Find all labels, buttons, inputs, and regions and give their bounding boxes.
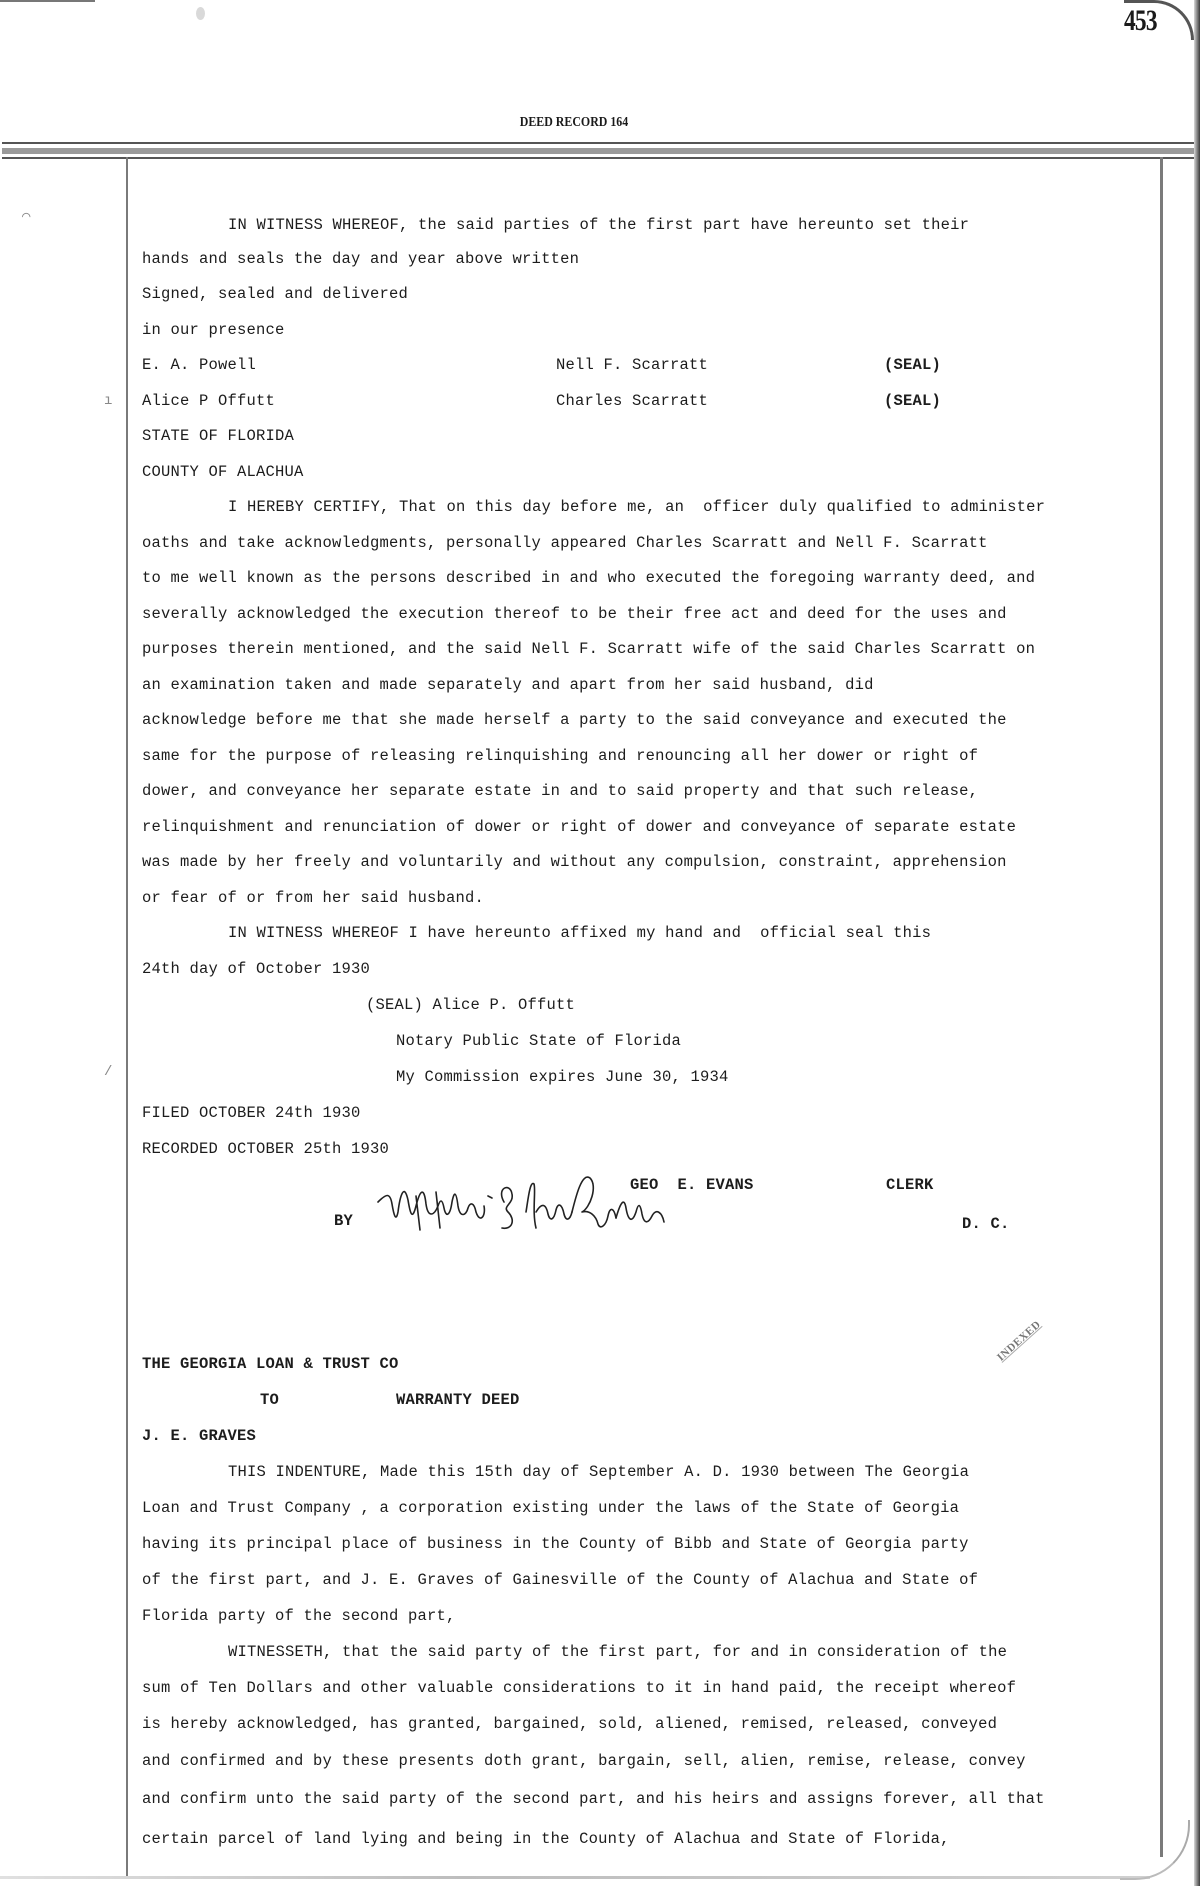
certificate-line: same for the purpose of releasing relinq… xyxy=(142,747,978,765)
certificate-line: an examination taken and made separately… xyxy=(142,676,874,694)
header-rule-top xyxy=(2,142,1194,144)
notary-title: Notary Public State of Florida xyxy=(396,1032,681,1050)
deputy-clerk-label: D. C. xyxy=(962,1215,1010,1233)
certificate-line: or fear of or from her said husband. xyxy=(142,889,484,907)
certificate-line: severally acknowledged the execution the… xyxy=(142,605,1007,623)
page-edge-mark xyxy=(0,0,95,2)
grantor-name: Nell F. Scarratt xyxy=(556,356,708,374)
witnesseth-line: WITNESSETH, that the said party of the f… xyxy=(228,1643,1007,1661)
indexed-stamp: INDEXED xyxy=(995,1318,1043,1363)
indenture-line: of the first part, and J. E. Graves of G… xyxy=(142,1571,978,1589)
margin-mark: ı xyxy=(104,393,112,409)
certificate-line: oaths and take acknowledgments, personal… xyxy=(142,534,988,552)
indenture-line: having its principal place of business i… xyxy=(142,1535,969,1553)
state-heading: STATE OF FLORIDA xyxy=(142,427,294,445)
notary-seal-name: (SEAL) Alice P. Offutt xyxy=(366,996,575,1014)
notary-date-line: 24th day of October 1930 xyxy=(142,960,370,978)
witnesseth-line: sum of Ten Dollars and other valuable co… xyxy=(142,1679,1016,1697)
header-rule-thick xyxy=(2,148,1194,154)
witnesseth-line: is hereby acknowledged, has granted, bar… xyxy=(142,1715,997,1733)
witness-name: E. A. Powell xyxy=(142,356,256,374)
seal-label: (SEAL) xyxy=(884,356,941,374)
witness-intro-line: hands and seals the day and year above w… xyxy=(142,250,579,268)
page-edge-shadow xyxy=(1194,0,1200,1886)
left-margin-line xyxy=(126,157,128,1879)
certificate-line: acknowledge before me that she made hers… xyxy=(142,711,1007,729)
certificate-line: I HEREBY CERTIFY, That on this day befor… xyxy=(228,498,1045,516)
witness-intro-line: IN WITNESS WHEREOF, the said parties of … xyxy=(228,216,969,234)
punch-hole-mark xyxy=(196,7,205,20)
to-label: TO xyxy=(260,1391,279,1409)
grantor-heading: THE GEORGIA LOAN & TRUST CO xyxy=(142,1355,399,1373)
page-number: 453 xyxy=(1124,4,1157,38)
page-bottom-corner xyxy=(1120,1820,1190,1880)
margin-mark: / xyxy=(104,1064,112,1080)
grantee-heading: J. E. GRAVES xyxy=(142,1427,256,1445)
grantor-name: Charles Scarratt xyxy=(556,392,708,410)
seal-label: (SEAL) xyxy=(884,392,941,410)
certificate-line: was made by her freely and voluntarily a… xyxy=(142,853,1007,871)
witnesseth-line: and confirmed and by these presents doth… xyxy=(142,1752,1026,1770)
witness-name: Alice P Offutt xyxy=(142,392,275,410)
ledger-title: DEED RECORD 164 xyxy=(86,115,1062,131)
presence-label: in our presence xyxy=(142,321,285,339)
certificate-line: relinquishment and renunciation of dower… xyxy=(142,818,1016,836)
notary-witness-line: IN WITNESS WHEREOF I have hereunto affix… xyxy=(228,924,931,942)
certificate-line: dower, and conveyance her separate estat… xyxy=(142,782,978,800)
recorded-date: RECORDED OCTOBER 25th 1930 xyxy=(142,1140,389,1158)
page-bottom-edge xyxy=(0,1876,1150,1879)
filed-date: FILED OCTOBER 24th 1930 xyxy=(142,1104,361,1122)
indenture-line: Florida party of the second part, xyxy=(142,1607,456,1625)
header-rule-bottom xyxy=(2,157,1194,159)
witnesseth-line: certain parcel of land lying and being i… xyxy=(142,1830,950,1848)
notary-commission: My Commission expires June 30, 1934 xyxy=(396,1068,729,1086)
right-margin-line xyxy=(1160,157,1163,1857)
county-heading: COUNTY OF ALACHUA xyxy=(142,463,304,481)
deputy-clerk-signature xyxy=(376,1172,706,1242)
by-label: BY xyxy=(334,1212,353,1230)
instrument-type: WARRANTY DEED xyxy=(396,1391,520,1409)
clerk-title: CLERK xyxy=(886,1176,934,1194)
witnesseth-line: and confirm unto the said party of the s… xyxy=(142,1790,1045,1808)
certificate-line: to me well known as the persons describe… xyxy=(142,569,1035,587)
indenture-line: THIS INDENTURE, Made this 15th day of Se… xyxy=(228,1463,969,1481)
indenture-line: Loan and Trust Company , a corporation e… xyxy=(142,1499,959,1517)
signed-label: Signed, sealed and delivered xyxy=(142,285,408,303)
margin-mark: ⌒ xyxy=(22,208,30,225)
certificate-line: purposes therein mentioned, and the said… xyxy=(142,640,1035,658)
